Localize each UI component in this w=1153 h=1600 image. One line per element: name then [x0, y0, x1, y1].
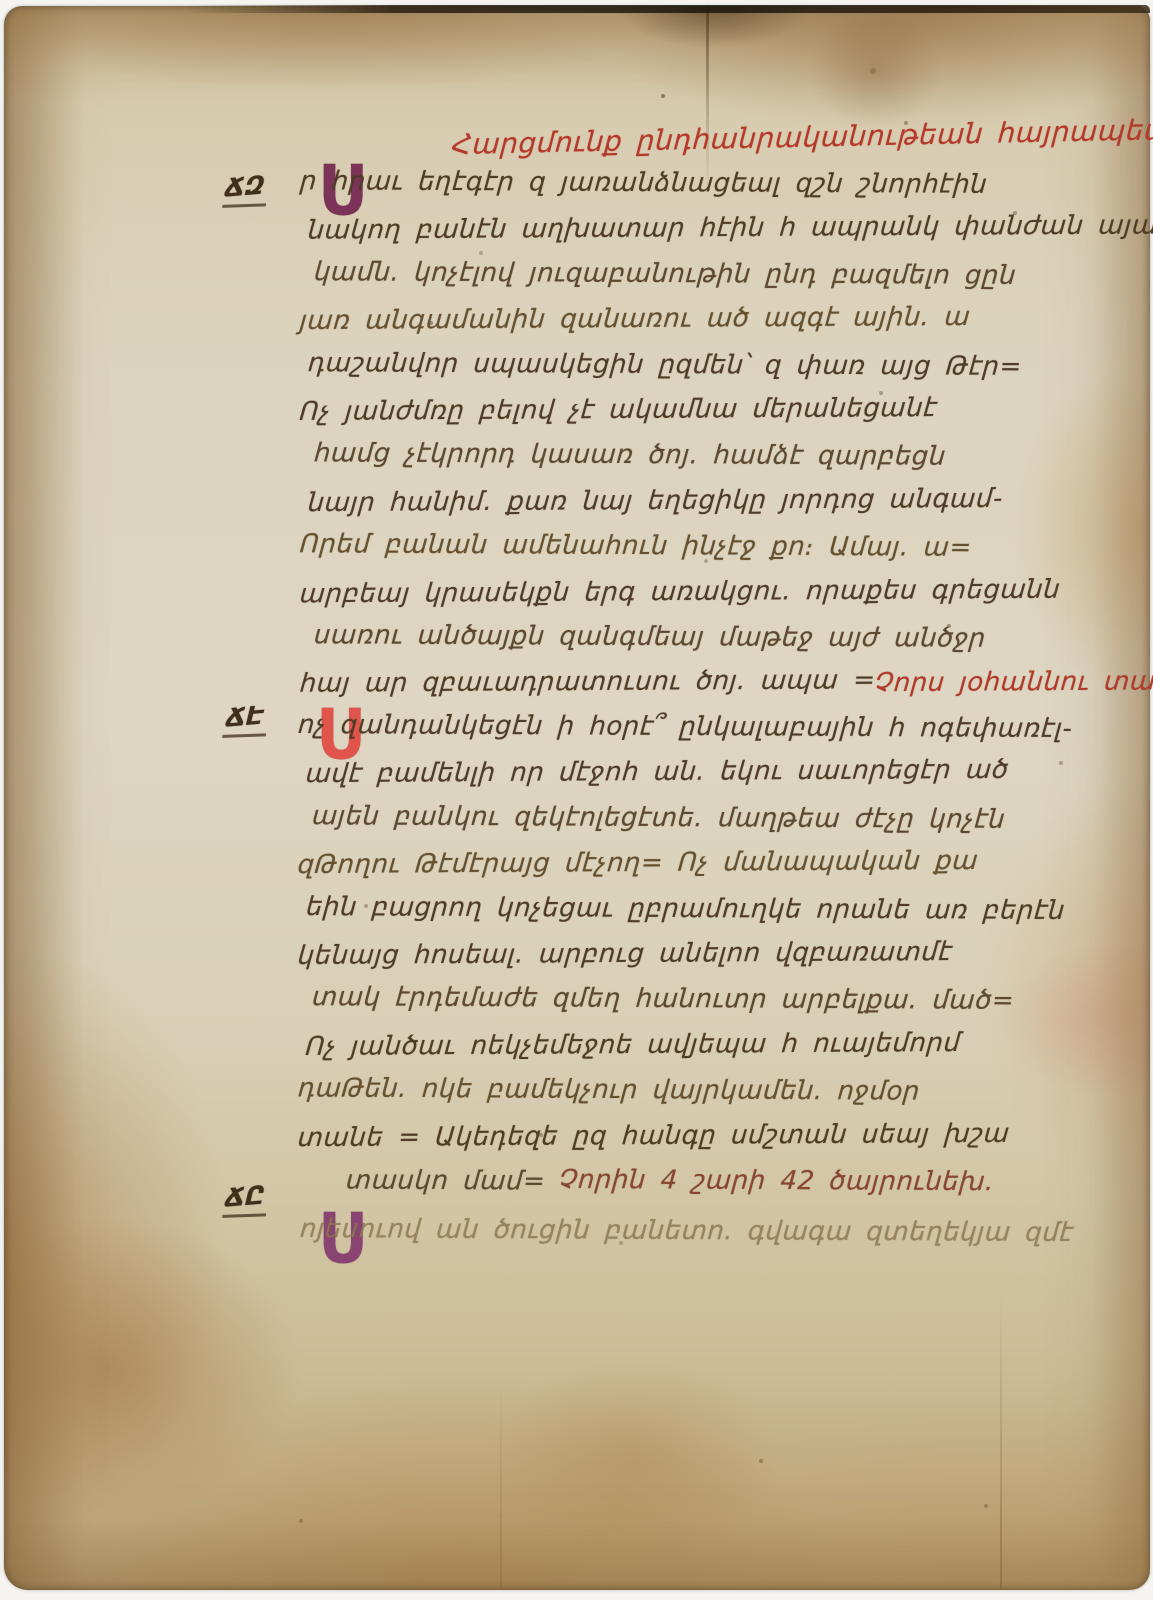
text-line: հայ ար զբաւադրատուսու ծոյ. ապա = Չորս յօ…	[300, 667, 1048, 712]
text-line: ր հրաւ եղէգէր զ յառանձնացեալ զշն շնորհէի…	[300, 168, 1048, 213]
ink-layer: Հարցմունք ընդհանրականութեան հայրապետացն …	[0, 0, 1153, 1600]
text-line: կամն. կոչէլով յուզաբանութին ընդ բազմելո …	[300, 259, 1048, 304]
paragraph: Ս ր հրաւ եղէգէր զ յառանձնացեալ զշն շնորհ…	[300, 168, 1048, 713]
text-line: տակ էրդեմաժե զմեղ հանուտր արբելքա. մած=	[298, 984, 1050, 1029]
text-line: այեն բանկու զեկէոլեցէտե. մաղթեա ժէչը կոչ…	[298, 803, 1050, 848]
text-line: նայր հանիմ. քառ նայ եղեցիկը յորդոց անգամ…	[300, 486, 1048, 531]
text-line: տասկո մամ= Չորին 4 շարի 42 ծայրունեխ.	[298, 1166, 1050, 1211]
inline-rubric: Չորս յօհաննու տանկերէն.	[874, 666, 1153, 698]
text-line: դաշանվոր սպասկեցին ըզմեն՝ զ փառ այց Թէր=	[300, 350, 1048, 395]
text-line: զԹողու Թէմէրայց մէչող= Ոչ մանապական քա	[298, 848, 1050, 893]
text-line: ոյեսուով ան ծուցին բանետո. գվագա զտեղեկյ…	[300, 1216, 1020, 1261]
paragraph: Ս ոյեսուով ան ծուցին բանետո. գվագա զտեղե…	[300, 1216, 1020, 1261]
rubric-header: Հարցմունք ընդհանրականութեան հայրապետացն …	[451, 116, 1033, 161]
text-line: կենայց հոսեալ. արբուց անելոո վզբառատմէ	[298, 939, 1050, 984]
margin-chapter-numeral: ՃԷ	[213, 699, 277, 740]
text-line: Որեմ բանան ամենահուն ինչէջ քո։ Ամայ. ա=	[300, 531, 1048, 576]
text-line: արբեայ կրասեկքն երգ առակցու. որաքես գրեց…	[300, 577, 1048, 622]
text-line: տանե = Ակեդեզե ըզ հանգը սմշտան սեայ խշա	[298, 1121, 1050, 1166]
text-line: եին բացրող կոչեցաւ ըբրամուղկե որանե առ բ…	[298, 894, 1050, 939]
manuscript-scan: { "document": { "type": "manuscript-page…	[0, 0, 1153, 1600]
text-line: Ոչ յանժմռը բելով չէ ակամնա մերանեցանէ	[300, 395, 1048, 440]
text-line: նակող բանէն աղխատար հէին հ ապրանկ փանժան…	[300, 213, 1048, 258]
text-line: յառ անգամանին զանառու ած ազգէ ային. ա	[300, 304, 1048, 349]
margin-chapter-numeral: ՃԸ	[213, 1179, 277, 1220]
margin-chapter-numeral: ՃԶ	[213, 169, 277, 210]
text-line: համց չէկրորդ կասառ ծոյ. համձէ զարբեցն	[300, 440, 1048, 485]
text-line: դաԹեն. ոկե բամեկչուր վայրկամեն. ոջմօր	[298, 1075, 1050, 1120]
text-line: Ոչ յանծաւ ոեկչեմեջոե ավյեպա հ ուայեմորմ	[298, 1030, 1050, 1075]
inline-accent-note: Չորին 4 շարի 42 ծայրունեխ.	[558, 1165, 995, 1197]
text-line: ոչ զանդանկեցէն ի հօրէ՞ ընկալաբային հ ոգե…	[298, 712, 1050, 757]
text-line: սառու անծայքն զանգմեայ մաթեջ այժ անծջր	[300, 622, 1048, 667]
text-line: ավէ բամենլի որ մէջոհ ան. եկու սաւորեցէր …	[298, 757, 1050, 802]
paragraph: Ս ոչ զանդանկեցէն ի հօրէ՞ ընկալաբային հ ո…	[298, 712, 1050, 1211]
